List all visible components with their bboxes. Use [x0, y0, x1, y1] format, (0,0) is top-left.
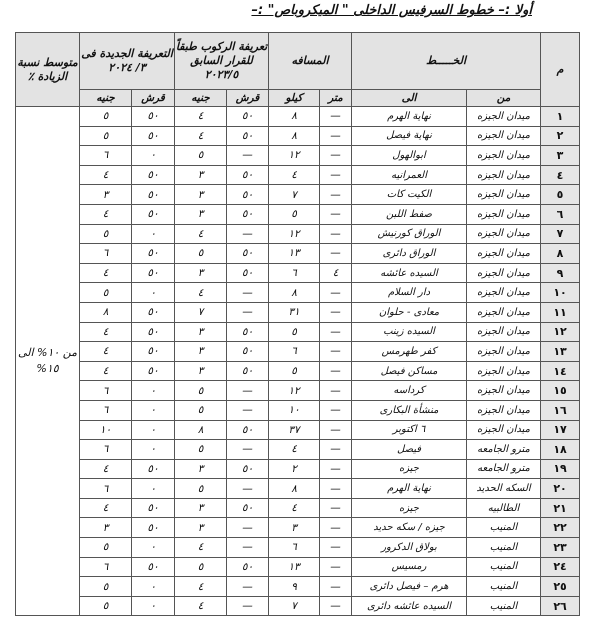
- prev-fare-qirsh: ٥٠: [227, 459, 269, 479]
- table-row: ١ميدان الجيزهنهاية الهرم—٨٥٠٤٥٠٥من ١٠% ا…: [16, 107, 580, 127]
- table-row: ١٣ميدان الجيزهكفر طهرمس—٦٥٠٣٥٠٤: [16, 342, 580, 362]
- distance-km: ٨: [269, 107, 320, 127]
- prev-fare-guinea: ٤: [175, 107, 227, 127]
- prev-fare-guinea: ٥: [175, 146, 227, 166]
- prev-fare-qirsh: ٥٠: [227, 244, 269, 264]
- prev-fare-qirsh: ٥٠: [227, 322, 269, 342]
- row-number: ١١: [541, 302, 580, 322]
- prev-fare-qirsh: —: [227, 479, 269, 499]
- distance-km: ٥: [269, 204, 320, 224]
- new-fare-qirsh: ٠: [132, 400, 175, 420]
- prev-fare-guinea: ٥: [175, 381, 227, 401]
- prev-fare-qirsh: —: [227, 400, 269, 420]
- prev-fare-qirsh: —: [227, 577, 269, 597]
- new-fare-qirsh: ٥٠: [132, 185, 175, 205]
- distance-meter: —: [320, 518, 352, 538]
- route-to: منشأة البكارى: [352, 400, 467, 420]
- new-fare-guinea: ٥: [80, 538, 132, 558]
- distance-meter: —: [320, 557, 352, 577]
- new-fare-guinea: ٦: [80, 381, 132, 401]
- prev-fare-qirsh: ٥٠: [227, 420, 269, 440]
- route-to: دار السلام: [352, 283, 467, 303]
- prev-fare-qirsh: —: [227, 302, 269, 322]
- table-row: ٢٦المنيبالسيده عائشه دائرى—٧—٤٠٥: [16, 596, 580, 616]
- table-row: ١٢ميدان الجيزهالسيده زينب—٥٥٠٣٥٠٤: [16, 322, 580, 342]
- prev-fare-guinea: ٣: [175, 459, 227, 479]
- new-fare-qirsh: ٥٠: [132, 165, 175, 185]
- new-fare-guinea: ٣: [80, 185, 132, 205]
- distance-km: ١٣: [269, 244, 320, 264]
- route-to: نهاية فيصل: [352, 126, 467, 146]
- distance-km: ٨: [269, 126, 320, 146]
- distance-meter: —: [320, 498, 352, 518]
- route-from: ميدان الجيزه: [467, 244, 541, 264]
- new-fare-qirsh: ٥٠: [132, 498, 175, 518]
- distance-meter: —: [320, 204, 352, 224]
- distance-meter: —: [320, 577, 352, 597]
- route-from: ميدان الجيزه: [467, 185, 541, 205]
- prev-fare-qirsh: —: [227, 596, 269, 616]
- new-fare-qirsh: ٠: [132, 577, 175, 597]
- route-to: بولاق الدكرور: [352, 538, 467, 558]
- route-to: الكيت كات: [352, 185, 467, 205]
- distance-km: ٤: [269, 165, 320, 185]
- new-fare-guinea: ٥: [80, 577, 132, 597]
- table-row: ١٩مترو الجامعهجيزه—٢٥٠٣٥٠٤: [16, 459, 580, 479]
- prev-fare-qirsh: ٥٠: [227, 204, 269, 224]
- table-row: ٤ميدان الجيزهالعمرانيه—٤٥٠٣٥٠٤: [16, 165, 580, 185]
- distance-meter: —: [320, 538, 352, 558]
- row-number: ٢١: [541, 498, 580, 518]
- prev-fare-guinea: ٤: [175, 224, 227, 244]
- new-fare-guinea: ٤: [80, 322, 132, 342]
- distance-meter: —: [320, 322, 352, 342]
- route-from: السكه الحديد: [467, 479, 541, 499]
- distance-meter: —: [320, 459, 352, 479]
- route-from: ميدان الجيزه: [467, 361, 541, 381]
- table-row: ٦ميدان الجيزهصفط اللبن—٥٥٠٣٥٠٤: [16, 204, 580, 224]
- table-row: ١٧ميدان الجيزه٦ اكتوبر—٣٧٥٠٨٠١٠: [16, 420, 580, 440]
- table-row: ٩ميدان الجيزهالسيده عائشه٤٦٥٠٣٥٠٤: [16, 263, 580, 283]
- route-to: جيزه / سكه حديد: [352, 518, 467, 538]
- distance-km: ٣: [269, 518, 320, 538]
- new-fare-qirsh: ٠: [132, 596, 175, 616]
- row-number: ١٠: [541, 283, 580, 303]
- distance-km: ٦: [269, 538, 320, 558]
- row-number: ١٩: [541, 459, 580, 479]
- prev-fare-guinea: ٤: [175, 126, 227, 146]
- row-number: ١٨: [541, 440, 580, 460]
- route-from: ميدان الجيزه: [467, 146, 541, 166]
- distance-meter: —: [320, 146, 352, 166]
- route-to: نهاية الهرم: [352, 107, 467, 127]
- prev-fare-qirsh: ٥٠: [227, 107, 269, 127]
- header-avg-increase: متوسط نسبة الزيادة ٪: [16, 33, 80, 107]
- prev-fare-guinea: ٣: [175, 322, 227, 342]
- row-number: ١٤: [541, 361, 580, 381]
- route-from: المنيب: [467, 538, 541, 558]
- route-to: صفط اللبن: [352, 204, 467, 224]
- prev-fare-guinea: ٧: [175, 302, 227, 322]
- route-to: جيزه: [352, 459, 467, 479]
- route-to: العمرانيه: [352, 165, 467, 185]
- route-from: ميدان الجيزه: [467, 400, 541, 420]
- prev-fare-guinea: ٣: [175, 518, 227, 538]
- section-title: أولا :– خطوط السرفيس الداخلى " الميكروبا…: [251, 3, 532, 18]
- prev-fare-guinea: ٥: [175, 400, 227, 420]
- microbus-fares-table: م الخـــــط المسافه تعريفة الركوب طبقاً …: [15, 32, 580, 616]
- new-fare-qirsh: ٥٠: [132, 302, 175, 322]
- route-from: ميدان الجيزه: [467, 204, 541, 224]
- route-from: المنيب: [467, 596, 541, 616]
- route-to: هرم – فيصل دائرى: [352, 577, 467, 597]
- header-prev-fare: تعريفة الركوب طبقاً للقرار السابق ٢٠٢٣/٥: [175, 33, 269, 90]
- new-fare-guinea: ٤: [80, 263, 132, 283]
- prev-fare-guinea: ٥: [175, 440, 227, 460]
- header-to: الى: [352, 90, 467, 107]
- row-number: ٩: [541, 263, 580, 283]
- distance-meter: —: [320, 126, 352, 146]
- route-from: المنيب: [467, 577, 541, 597]
- header-prev-qirsh: قرش: [227, 90, 269, 107]
- new-fare-guinea: ٤: [80, 459, 132, 479]
- new-fare-qirsh: ٠: [132, 146, 175, 166]
- new-fare-guinea: ٤: [80, 165, 132, 185]
- distance-km: ٤: [269, 498, 320, 518]
- route-from: ميدان الجيزه: [467, 107, 541, 127]
- prev-fare-qirsh: —: [227, 538, 269, 558]
- prev-fare-qirsh: —: [227, 224, 269, 244]
- table-row: ١٨مترو الجامعهفيصل—٤—٥٠٦: [16, 440, 580, 460]
- new-fare-qirsh: ٥٠: [132, 107, 175, 127]
- distance-km: ٣١: [269, 302, 320, 322]
- distance-km: ١٢: [269, 146, 320, 166]
- route-from: ميدان الجيزه: [467, 302, 541, 322]
- row-number: ٢٦: [541, 596, 580, 616]
- new-fare-guinea: ١٠: [80, 420, 132, 440]
- table-row: ٣ميدان الجيزهابوالهول—١٢—٥٠٦: [16, 146, 580, 166]
- row-number: ١: [541, 107, 580, 127]
- new-fare-qirsh: ٠: [132, 283, 175, 303]
- table-row: ١١ميدان الجيزهمعادى - حلوان—٣١—٧٥٠٨: [16, 302, 580, 322]
- prev-fare-qirsh: —: [227, 381, 269, 401]
- new-fare-qirsh: ٥٠: [132, 322, 175, 342]
- prev-fare-qirsh: —: [227, 283, 269, 303]
- new-fare-guinea: ٤: [80, 342, 132, 362]
- route-from: ميدان الجيزه: [467, 165, 541, 185]
- row-number: ٢٥: [541, 577, 580, 597]
- new-fare-guinea: ٦: [80, 479, 132, 499]
- table-row: ١٥ميدان الجيزهكرداسه—١٢—٥٠٦: [16, 381, 580, 401]
- new-fare-guinea: ٥: [80, 107, 132, 127]
- header-prev-guinea: جنيه: [175, 90, 227, 107]
- prev-fare-qirsh: ٥٠: [227, 126, 269, 146]
- row-number: ٥: [541, 185, 580, 205]
- distance-km: ٤: [269, 440, 320, 460]
- distance-meter: —: [320, 596, 352, 616]
- row-number: ٢: [541, 126, 580, 146]
- table-row: ٢٢المنيبجيزه / سكه حديد—٣—٣٥٠٣: [16, 518, 580, 538]
- distance-km: ٨: [269, 283, 320, 303]
- new-fare-qirsh: ٠: [132, 224, 175, 244]
- new-fare-qirsh: ٥٠: [132, 263, 175, 283]
- route-to: ٦ اكتوبر: [352, 420, 467, 440]
- new-fare-qirsh: ٥٠: [132, 518, 175, 538]
- header-km: كيلو: [269, 90, 320, 107]
- table-row: ٥ميدان الجيزهالكيت كات—٧٥٠٣٥٠٣: [16, 185, 580, 205]
- header-meter: متر: [320, 90, 352, 107]
- distance-meter: —: [320, 302, 352, 322]
- table-row: ٢ميدان الجيزهنهاية فيصل—٨٥٠٤٥٠٥: [16, 126, 580, 146]
- route-to: السيده عائشه: [352, 263, 467, 283]
- table-row: ١٤ميدان الجيزهمساكن فيصل—٥٥٠٣٥٠٤: [16, 361, 580, 381]
- table-row: ٢١الطالبيهجيزه—٤٥٠٣٥٠٤: [16, 498, 580, 518]
- table-row: ١٦ميدان الجيزهمنشأة البكارى—١٠—٥٠٦: [16, 400, 580, 420]
- table-row: ٢٤المنيبرمسيس—١٣٥٠٥٥٠٦: [16, 557, 580, 577]
- new-fare-qirsh: ٥٠: [132, 204, 175, 224]
- new-fare-guinea: ٨: [80, 302, 132, 322]
- new-fare-guinea: ٤: [80, 498, 132, 518]
- new-fare-qirsh: ٥٠: [132, 126, 175, 146]
- row-number: ٢٢: [541, 518, 580, 538]
- prev-fare-qirsh: —: [227, 518, 269, 538]
- new-fare-guinea: ٦: [80, 557, 132, 577]
- route-from: الطالبيه: [467, 498, 541, 518]
- route-to: نهاية الهرم: [352, 479, 467, 499]
- route-to: ابوالهول: [352, 146, 467, 166]
- row-number: ٨: [541, 244, 580, 264]
- route-to: كفر طهرمس: [352, 342, 467, 362]
- row-number: ١٧: [541, 420, 580, 440]
- route-from: ميدان الجيزه: [467, 283, 541, 303]
- prev-fare-qirsh: ٥٠: [227, 361, 269, 381]
- row-number: ١٣: [541, 342, 580, 362]
- table-body: ١ميدان الجيزهنهاية الهرم—٨٥٠٤٥٠٥من ١٠% ا…: [16, 107, 580, 616]
- table-row: ٧ميدان الجيزهالوراق كورنيش—١٢—٤٠٥: [16, 224, 580, 244]
- new-fare-qirsh: ٠: [132, 479, 175, 499]
- prev-fare-guinea: ٤: [175, 283, 227, 303]
- prev-fare-qirsh: —: [227, 440, 269, 460]
- header-new-qirsh: قرش: [132, 90, 175, 107]
- route-from: ميدان الجيزه: [467, 263, 541, 283]
- prev-fare-guinea: ٣: [175, 498, 227, 518]
- prev-fare-guinea: ٥: [175, 479, 227, 499]
- prev-fare-qirsh: ٥٠: [227, 165, 269, 185]
- prev-fare-guinea: ٣: [175, 185, 227, 205]
- route-to: جيزه: [352, 498, 467, 518]
- new-fare-qirsh: ٥٠: [132, 459, 175, 479]
- new-fare-qirsh: ٠: [132, 538, 175, 558]
- distance-meter: —: [320, 107, 352, 127]
- distance-km: ٥: [269, 322, 320, 342]
- header-distance: المسافه: [269, 33, 352, 90]
- route-to: الوراق كورنيش: [352, 224, 467, 244]
- new-fare-qirsh: ٥٠: [132, 361, 175, 381]
- route-from: ميدان الجيزه: [467, 126, 541, 146]
- header-new-fare: التعريفة الجديدة فى ٣/ ٢٠٢٤: [80, 33, 175, 90]
- distance-meter: —: [320, 224, 352, 244]
- new-fare-qirsh: ٥٠: [132, 342, 175, 362]
- prev-fare-qirsh: ٥٠: [227, 342, 269, 362]
- new-fare-guinea: ٤: [80, 361, 132, 381]
- row-number: ٢٤: [541, 557, 580, 577]
- row-number: ٢٣: [541, 538, 580, 558]
- new-fare-guinea: ٦: [80, 440, 132, 460]
- avg-increase-value: من ١٠% الى ١٥%: [16, 107, 80, 616]
- prev-fare-qirsh: ٥٠: [227, 263, 269, 283]
- row-number: ١٢: [541, 322, 580, 342]
- table-row: ٢٣المنيببولاق الدكرور—٦—٤٠٥: [16, 538, 580, 558]
- distance-km: ١٢: [269, 224, 320, 244]
- distance-km: ٧: [269, 596, 320, 616]
- new-fare-guinea: ٥: [80, 283, 132, 303]
- prev-fare-qirsh: ٥٠: [227, 557, 269, 577]
- distance-meter: —: [320, 244, 352, 264]
- row-number: ٧: [541, 224, 580, 244]
- new-fare-qirsh: ٥٠: [132, 557, 175, 577]
- distance-km: ١٣: [269, 557, 320, 577]
- route-from: مترو الجامعه: [467, 440, 541, 460]
- distance-meter: —: [320, 342, 352, 362]
- row-number: ٦: [541, 204, 580, 224]
- route-to: مساكن فيصل: [352, 361, 467, 381]
- distance-meter: —: [320, 479, 352, 499]
- prev-fare-qirsh: ٥٠: [227, 498, 269, 518]
- prev-fare-guinea: ٨: [175, 420, 227, 440]
- route-from: المنيب: [467, 557, 541, 577]
- distance-km: ٩: [269, 577, 320, 597]
- prev-fare-guinea: ٤: [175, 596, 227, 616]
- distance-meter: —: [320, 440, 352, 460]
- distance-km: ٨: [269, 479, 320, 499]
- prev-fare-guinea: ٣: [175, 361, 227, 381]
- route-from: ميدان الجيزه: [467, 224, 541, 244]
- row-number: ٣: [541, 146, 580, 166]
- distance-meter: —: [320, 283, 352, 303]
- new-fare-guinea: ٦: [80, 244, 132, 264]
- distance-meter: ٤: [320, 263, 352, 283]
- route-to: فيصل: [352, 440, 467, 460]
- header-num: م: [541, 33, 580, 107]
- prev-fare-guinea: ٣: [175, 204, 227, 224]
- table-row: ٢٠السكه الحديدنهاية الهرم—٨—٥٠٦: [16, 479, 580, 499]
- row-number: ٢٠: [541, 479, 580, 499]
- header-new-guinea: جنيه: [80, 90, 132, 107]
- distance-km: ٦: [269, 342, 320, 362]
- row-number: ١٦: [541, 400, 580, 420]
- prev-fare-guinea: ٣: [175, 342, 227, 362]
- new-fare-qirsh: ٠: [132, 440, 175, 460]
- header-from: من: [467, 90, 541, 107]
- route-to: الوراق دائرى: [352, 244, 467, 264]
- distance-meter: —: [320, 361, 352, 381]
- route-to: رمسيس: [352, 557, 467, 577]
- new-fare-qirsh: ٠: [132, 381, 175, 401]
- route-to: كرداسه: [352, 381, 467, 401]
- distance-meter: —: [320, 381, 352, 401]
- distance-meter: —: [320, 420, 352, 440]
- prev-fare-guinea: ٤: [175, 577, 227, 597]
- distance-km: ٢: [269, 459, 320, 479]
- table-row: ٢٥المنيبهرم – فيصل دائرى—٩—٤٠٥: [16, 577, 580, 597]
- route-from: ميدان الجيزه: [467, 342, 541, 362]
- distance-km: ٣٧: [269, 420, 320, 440]
- prev-fare-guinea: ٣: [175, 263, 227, 283]
- table-row: ٨ميدان الجيزهالوراق دائرى—١٣٥٠٥٥٠٦: [16, 244, 580, 264]
- distance-km: ١٠: [269, 400, 320, 420]
- new-fare-guinea: ٥: [80, 224, 132, 244]
- new-fare-guinea: ٣: [80, 518, 132, 538]
- route-from: مترو الجامعه: [467, 459, 541, 479]
- distance-km: ٥: [269, 361, 320, 381]
- route-to: معادى - حلوان: [352, 302, 467, 322]
- new-fare-qirsh: ٥٠: [132, 244, 175, 264]
- prev-fare-guinea: ٤: [175, 538, 227, 558]
- route-to: السيده عائشه دائرى: [352, 596, 467, 616]
- row-number: ١٥: [541, 381, 580, 401]
- distance-meter: —: [320, 185, 352, 205]
- distance-meter: —: [320, 400, 352, 420]
- new-fare-guinea: ٦: [80, 400, 132, 420]
- distance-km: ١٢: [269, 381, 320, 401]
- prev-fare-qirsh: ٥٠: [227, 185, 269, 205]
- header-line: الخـــــط: [352, 33, 541, 90]
- new-fare-qirsh: ٠: [132, 420, 175, 440]
- row-number: ٤: [541, 165, 580, 185]
- new-fare-guinea: ٥: [80, 126, 132, 146]
- table-row: ١٠ميدان الجيزهدار السلام—٨—٤٠٥: [16, 283, 580, 303]
- route-to: السيده زينب: [352, 322, 467, 342]
- distance-km: ٦: [269, 263, 320, 283]
- distance-km: ٧: [269, 185, 320, 205]
- new-fare-guinea: ٦: [80, 146, 132, 166]
- route-from: ميدان الجيزه: [467, 322, 541, 342]
- route-from: ميدان الجيزه: [467, 381, 541, 401]
- prev-fare-guinea: ٥: [175, 557, 227, 577]
- route-from: ميدان الجيزه: [467, 420, 541, 440]
- prev-fare-guinea: ٥: [175, 244, 227, 264]
- prev-fare-guinea: ٣: [175, 165, 227, 185]
- new-fare-guinea: ٤: [80, 204, 132, 224]
- distance-meter: —: [320, 165, 352, 185]
- prev-fare-qirsh: —: [227, 146, 269, 166]
- new-fare-guinea: ٥: [80, 596, 132, 616]
- route-from: المنيب: [467, 518, 541, 538]
